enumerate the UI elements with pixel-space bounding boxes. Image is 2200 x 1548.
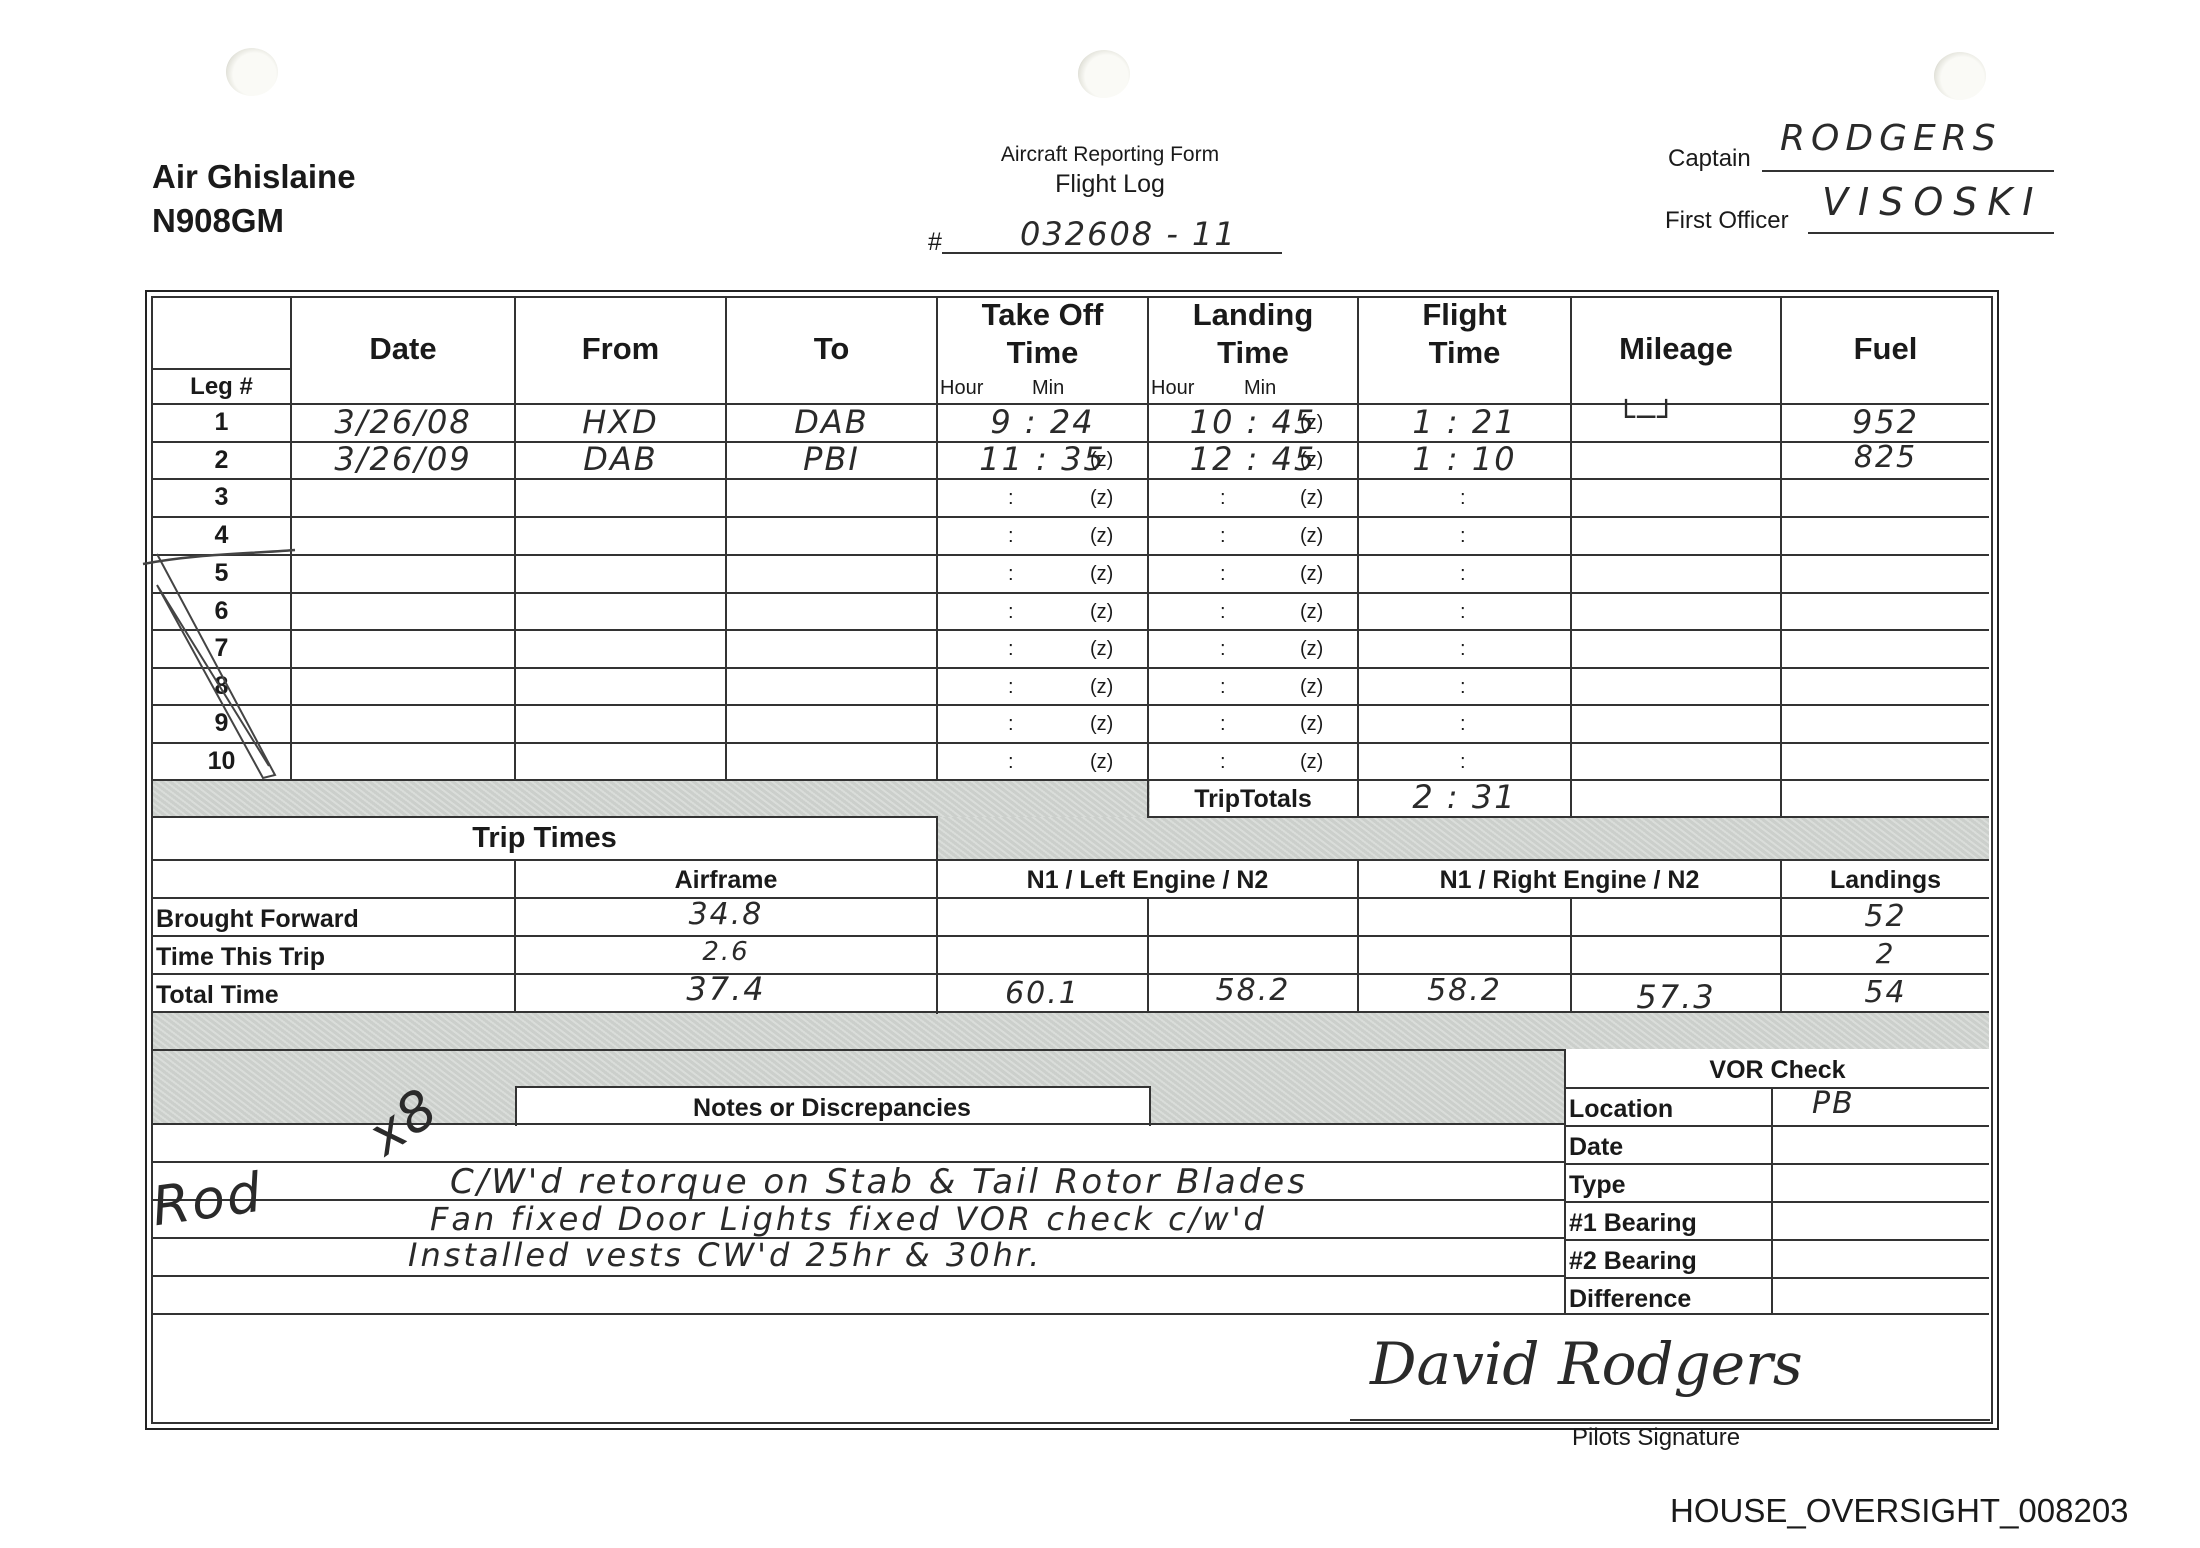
vor-difference-label: Difference [1569, 1285, 1691, 1314]
vor-difference-value[interactable] [1775, 1279, 1985, 1311]
takeoff-zulu-marker: (z) [1090, 563, 1113, 586]
form-title: Aircraft Reporting Form [900, 143, 1320, 167]
takeoff-colon: : [1008, 601, 1014, 624]
trip-times-title: Trip Times [153, 822, 936, 855]
col-line [1780, 296, 1782, 817]
time-this-trip-airframe[interactable]: 2.6 [516, 937, 936, 967]
row-line [151, 742, 1989, 744]
flight-time-colon: : [1460, 713, 1466, 736]
notes-title: Notes or Discrepancies [517, 1094, 1147, 1123]
first-officer-value: VISOSKI [1822, 180, 2043, 224]
form-number-value: 032608 - 11 [1020, 215, 1237, 253]
col-header-landings: Landings [1782, 866, 1989, 895]
landing-colon: : [1220, 601, 1226, 624]
total-time-airframe[interactable]: 37.4 [516, 970, 936, 1008]
takeoff-zulu-marker: (z) [1090, 601, 1113, 624]
total-right-n1[interactable]: 58.2 [1359, 973, 1570, 1008]
vor-date-value[interactable] [1775, 1127, 1985, 1161]
col-line [514, 296, 516, 780]
signature-line [1350, 1419, 1990, 1421]
row2-landing[interactable]: 12 : 45 [1149, 440, 1357, 478]
col-header-landing: Landing Time [1149, 296, 1357, 372]
flight-time-colon: : [1460, 676, 1466, 699]
row1-flight-time[interactable]: 1 : 21 [1359, 403, 1570, 441]
landing-zulu-marker: (z) [1300, 638, 1323, 661]
leg-number: 2 [153, 446, 290, 475]
notes-bottom-line [151, 1313, 1989, 1315]
time-this-trip-label: Time This Trip [156, 943, 325, 972]
landing-hour-label: Hour [1151, 377, 1194, 400]
first-officer-label: First Officer [1665, 207, 1789, 235]
takeoff-zulu-marker: (z) [1090, 525, 1113, 548]
col-line [1147, 296, 1149, 817]
row2-to[interactable]: PBI [727, 440, 936, 478]
vor-check-title: VOR Check [1566, 1056, 1989, 1085]
row2-takeoff[interactable]: 11 : 35 [938, 440, 1147, 478]
row-line [151, 973, 1989, 975]
row-line [151, 629, 1989, 631]
takeoff-hour-label: Hour [940, 377, 983, 400]
pilot-signature-label: Pilots Signature [1572, 1424, 1740, 1452]
row1-from[interactable]: HXD [516, 403, 725, 441]
landing-min-label: Min [1244, 377, 1276, 400]
col-header-flight-line2: Time [1359, 334, 1570, 372]
trip-times-header-line [151, 859, 1989, 861]
takeoff-colon: : [1008, 563, 1014, 586]
total-landings[interactable]: 54 [1782, 975, 1989, 1010]
punch-hole-center [1078, 50, 1130, 98]
col-header-takeoff: Take Off Time [938, 296, 1147, 372]
row2-date[interactable]: 3/26/09 [292, 440, 514, 478]
row-line [151, 704, 1989, 706]
landing-colon: : [1220, 638, 1226, 661]
landing-colon: : [1220, 563, 1226, 586]
total-left-n1[interactable]: 60.1 [938, 976, 1147, 1011]
landing-zulu-marker: (z) [1300, 563, 1323, 586]
punch-hole-right [1934, 52, 1986, 100]
landing-colon: : [1220, 487, 1226, 510]
col-line [1357, 296, 1359, 817]
row2-from[interactable]: DAB [516, 440, 725, 478]
leg-number: 3 [153, 483, 290, 512]
col-header-landing-line2: Time [1149, 334, 1357, 372]
row-line [151, 779, 1989, 781]
trip-totals-value[interactable]: 2 : 31 [1359, 778, 1570, 816]
row1-takeoff[interactable]: 9 : 24 [938, 403, 1147, 441]
col-header-takeoff-line1: Take Off [938, 296, 1147, 334]
landing-zulu-marker: (z) [1300, 601, 1323, 624]
col-header-left-engine: N1 / Left Engine / N2 [938, 866, 1357, 895]
row1-date[interactable]: 3/26/08 [292, 403, 514, 441]
trip-times-top [151, 816, 937, 818]
takeoff-colon: : [1008, 676, 1014, 699]
brought-forward-airframe[interactable]: 34.8 [516, 897, 936, 932]
captain-value: RODGERS [1780, 118, 2002, 159]
col-header-landing-line1: Landing [1149, 296, 1357, 334]
row1-mileage[interactable]: └─┘ [1572, 400, 1722, 435]
row-line [151, 592, 1989, 594]
vor-location-value[interactable]: PB [1812, 1086, 1855, 1121]
vor-col-line [1771, 1087, 1773, 1313]
flight-time-colon: : [1460, 487, 1466, 510]
col-header-leg: Leg # [153, 370, 290, 404]
time-this-trip-landings[interactable]: 2 [1782, 937, 1989, 970]
landing-zulu-marker: (z) [1300, 676, 1323, 699]
notes-line [151, 1275, 1564, 1277]
row2-flight-time[interactable]: 1 : 10 [1359, 440, 1570, 478]
landing-zulu-marker: (z) [1300, 751, 1323, 774]
notes-line-2[interactable]: Fan fixed Door Lights fixed VOR check c/… [430, 1200, 1267, 1238]
vor-type-value[interactable] [1775, 1165, 1985, 1199]
flight-time-colon: : [1460, 563, 1466, 586]
landing-colon: : [1220, 676, 1226, 699]
takeoff-colon: : [1008, 487, 1014, 510]
takeoff-colon: : [1008, 751, 1014, 774]
row-line [151, 516, 1989, 518]
col-header-fuel: Fuel [1782, 330, 1989, 368]
row2-fuel[interactable]: 825 [1782, 440, 1989, 475]
captain-label: Captain [1668, 145, 1751, 173]
col-line [1570, 296, 1572, 817]
landing-colon: : [1220, 525, 1226, 548]
vor-line [1564, 1087, 1989, 1089]
vor-date-label: Date [1569, 1133, 1623, 1162]
col-header-to: To [727, 330, 936, 368]
takeoff-zulu-marker: (z) [1090, 751, 1113, 774]
totals-bottom-line [1147, 816, 1989, 818]
notes-line-3[interactable]: Installed vests CW'd 25hr & 30hr. [408, 1236, 1042, 1274]
takeoff-colon: : [1008, 713, 1014, 736]
shade-band-mid [153, 1013, 1989, 1050]
col-line [725, 296, 727, 780]
flight-time-colon: : [1460, 601, 1466, 624]
col-header-airframe: Airframe [516, 866, 936, 895]
total-right-n2[interactable]: 57.3 [1572, 978, 1780, 1016]
tail-number: N908GM [152, 202, 284, 240]
takeoff-zulu-marker: (z) [1090, 638, 1113, 661]
company-name: Air Ghislaine [152, 158, 356, 196]
vor-type-label: Type [1569, 1171, 1626, 1200]
takeoff-colon: : [1008, 638, 1014, 661]
vor-bearing1-value[interactable] [1775, 1203, 1985, 1237]
landing-colon: : [1220, 713, 1226, 736]
col-header-from: From [516, 330, 725, 368]
col-header-date: Date [292, 330, 514, 368]
trip-totals-label: TripTotals [1149, 785, 1357, 814]
col-header-takeoff-line2: Time [938, 334, 1147, 372]
vor-bearing2-label: #2 Bearing [1569, 1247, 1697, 1276]
row-line [151, 478, 1989, 480]
form-number-label: # [928, 228, 942, 257]
pilot-signature[interactable]: David Rodgers [1370, 1330, 1803, 1398]
takeoff-colon: : [1008, 525, 1014, 548]
flight-time-colon: : [1460, 751, 1466, 774]
takeoff-zulu-marker: (z) [1090, 713, 1113, 736]
takeoff-min-label: Min [1032, 377, 1064, 400]
landing-zulu-marker: (z) [1300, 449, 1323, 472]
row1-landing[interactable]: 10 : 45 [1149, 403, 1357, 441]
row-line [151, 935, 1989, 937]
row1-to[interactable]: DAB [727, 403, 936, 441]
row-line [151, 554, 1989, 556]
landing-zulu-marker: (z) [1300, 487, 1323, 510]
row-line [151, 897, 1989, 899]
takeoff-zulu-marker: (z) [1090, 676, 1113, 699]
punch-hole-left [226, 48, 278, 96]
total-time-label: Total Time [156, 981, 279, 1010]
landing-zulu-marker: (z) [1300, 713, 1323, 736]
leg-number: 1 [153, 408, 290, 437]
takeoff-zulu-marker: (z) [1090, 449, 1113, 472]
total-left-n2[interactable]: 58.2 [1149, 973, 1357, 1008]
landing-colon: : [1220, 751, 1226, 774]
shade-band-trip-right [937, 817, 1989, 859]
landing-zulu-marker: (z) [1300, 412, 1323, 435]
col-header-mileage: Mileage [1572, 330, 1780, 368]
strike-scribble [135, 540, 305, 790]
row-line [151, 667, 1989, 669]
vor-location-label: Location [1569, 1095, 1673, 1124]
bates-number: HOUSE_OVERSIGHT_008203 [1670, 1492, 2129, 1530]
form-subtitle: Flight Log [900, 170, 1320, 199]
landing-zulu-marker: (z) [1300, 525, 1323, 548]
flight-time-colon: : [1460, 638, 1466, 661]
notes-line-1[interactable]: C/W'd retorque on Stab & Tail Rotor Blad… [450, 1162, 1308, 1202]
takeoff-zulu-marker: (z) [1090, 487, 1113, 510]
flight-time-colon: : [1460, 525, 1466, 548]
first-officer-field[interactable] [1808, 232, 2054, 234]
col-header-flight: Flight Time [1359, 296, 1570, 372]
vor-bearing1-label: #1 Bearing [1569, 1209, 1697, 1238]
col-header-right-engine: N1 / Right Engine / N2 [1359, 866, 1780, 895]
row1-fuel[interactable]: 952 [1782, 403, 1989, 441]
captain-field[interactable] [1762, 170, 2054, 172]
vor-bearing2-value[interactable] [1775, 1241, 1985, 1275]
col-header-flight-line1: Flight [1359, 296, 1570, 334]
brought-forward-label: Brought Forward [156, 905, 359, 934]
brought-forward-landings[interactable]: 52 [1782, 899, 1989, 934]
